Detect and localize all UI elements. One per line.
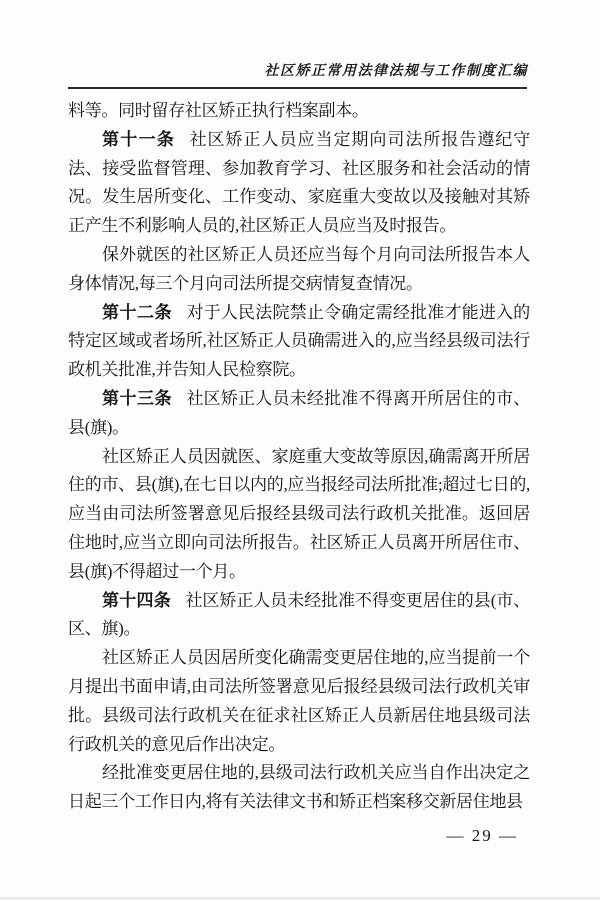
paragraph: 第十四条社区矫正人员未经批准不得变更居住的县(市、区、旗)。 [68,587,530,645]
article-number: 第十四条 [102,591,171,610]
header-rule [68,87,527,89]
page-number: — 29 — [447,826,519,846]
article-number: 第十三条 [102,389,172,408]
paragraph: 第十二条对于人民法院禁止令确定需经批准才能进入的特定区域或者场所,社区矫正人员确… [68,299,530,385]
document-page: 社区矫正常用法律法规与工作制度汇编 料等。同时留存社区矫正执行档案副本。第十一条… [0,0,600,900]
document-body: 料等。同时留存社区矫正执行档案副本。第十一条社区矫正人员应当定期向司法所报告遵纪… [68,97,530,817]
paragraph: 社区矫正人员因就医、家庭重大变故等原因,确需离开所居住的市、县(旗),在七日以内… [68,443,530,587]
paragraph: 经批准变更居住地的,县级司法行政机关应当自作出决定之日起三个工作日内,将有关法律… [68,759,530,817]
paragraph: 第十一条社区矫正人员应当定期向司法所报告遵纪守法、接受监督管理、参加教育学习、社… [68,126,530,241]
running-title: 社区矫正常用法律法规与工作制度汇编 [265,60,529,80]
article-number: 第十二条 [102,303,172,322]
article-number: 第十一条 [102,130,175,149]
paragraph: 社区矫正人员因居所变化确需变更居住地的,应当提前一个月提出书面申请,由司法所签署… [68,644,530,759]
paragraph: 保外就医的社区矫正人员还应当每个月向司法所报告本人身体情况,每三个月向司法所提交… [68,241,530,299]
paragraph: 第十三条社区矫正人员未经批准不得离开所居住的市、县(旗)。 [68,385,530,443]
paragraph: 料等。同时留存社区矫正执行档案副本。 [68,97,530,126]
